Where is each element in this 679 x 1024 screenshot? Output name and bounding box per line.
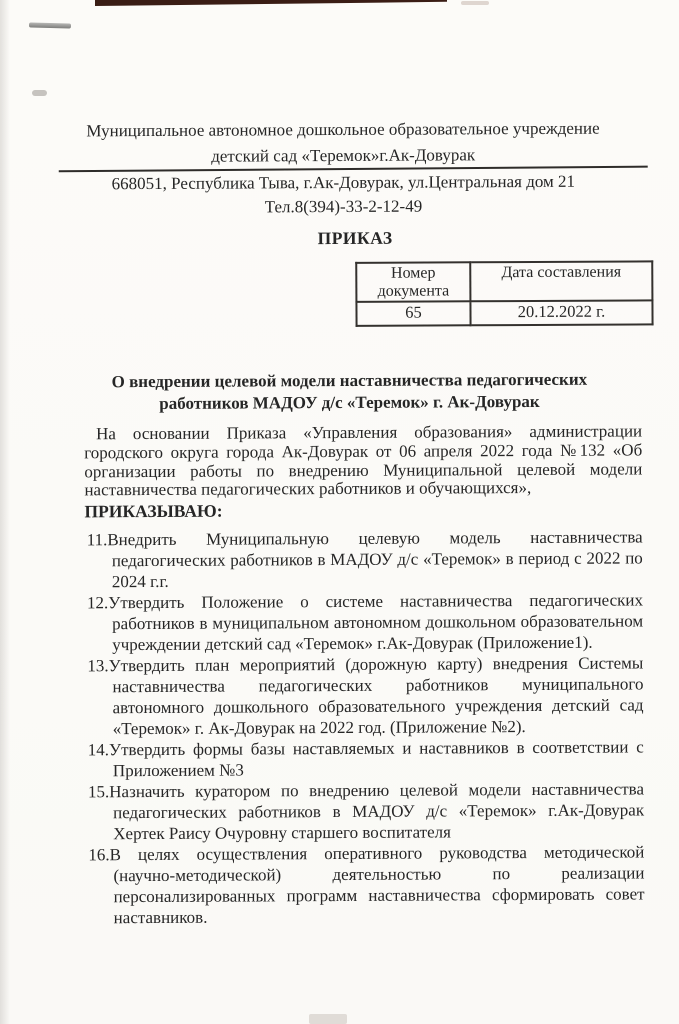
org-name-line-1: Муниципальное автономное дошкольное обра… — [38, 117, 647, 142]
meta-table-value-row: 65 20.12.2022 г. — [356, 300, 652, 326]
order-item-13: 13.Утвердить план мероприятий (дорожную … — [87, 652, 643, 739]
order-item-number: 12. — [87, 593, 108, 612]
order-item-number: 15. — [88, 782, 109, 801]
order-item-15: 15.Назначить куратором по внедрению целе… — [88, 778, 644, 844]
order-item-12: 12.Утвердить Положение о системе наставн… — [87, 589, 643, 655]
scanned-order-document: Муниципальное автономное дошкольное обра… — [0, 0, 679, 1024]
order-item-text: Внедрить Муниципальную целевую модель на… — [107, 527, 643, 591]
org-phone: Тел.8(394)-33-2-12-49 — [39, 194, 648, 219]
order-item-number: 14. — [88, 740, 109, 759]
document-meta-table: Номер документа Дата составления 65 20.1… — [355, 260, 653, 327]
order-subject-line-2: работников МАДОУ д/с «Теремок» г. Ак-Дов… — [30, 390, 669, 415]
order-item-11: 11.Внедрить Муниципальную целевую модель… — [87, 526, 643, 592]
order-item-text: В целях осуществления оперативного руков… — [110, 842, 645, 927]
order-item-text: Назначить куратором по внедрению целевой… — [109, 779, 644, 843]
order-items-list: 11.Внедрить Муниципальную целевую модель… — [87, 526, 645, 928]
order-item-16: 16.В целях осуществления оперативного ру… — [88, 841, 644, 928]
order-item-text: Утвердить Положение о системе наставниче… — [108, 590, 643, 654]
resolution-word: ПРИКАЗЫВАЮ: — [84, 501, 222, 523]
order-item-text: Утвердить план мероприятий (дорожную кар… — [109, 653, 644, 738]
doc-date-value: 20.12.2022 г. — [470, 300, 652, 325]
order-item-number: 13. — [87, 656, 108, 675]
doc-number-value: 65 — [356, 301, 470, 326]
document-type-heading: ПРИКАЗ — [32, 226, 678, 250]
order-item-number: 11. — [87, 530, 108, 549]
order-item-number: 16. — [88, 845, 109, 864]
org-address: 668051, Республика Тыва, г.Ак-Довурак, у… — [39, 170, 648, 195]
document-body: Муниципальное автономное дошкольное обра… — [0, 0, 679, 1024]
order-item-14: 14.Утвердить формы базы наставляемых и н… — [88, 736, 644, 781]
meta-table-header-row: Номер документа Дата составления — [356, 261, 652, 302]
order-item-text: Утвердить формы базы наставляемых и наст… — [109, 737, 644, 780]
org-name-line-2: детский сад «Теремок»г.Ак-Довурак — [39, 143, 648, 168]
preamble-paragraph: На основании Приказа «Управления образов… — [84, 422, 642, 500]
doc-date-header: Дата составления — [470, 261, 652, 301]
doc-number-header: Номер документа — [356, 262, 470, 302]
